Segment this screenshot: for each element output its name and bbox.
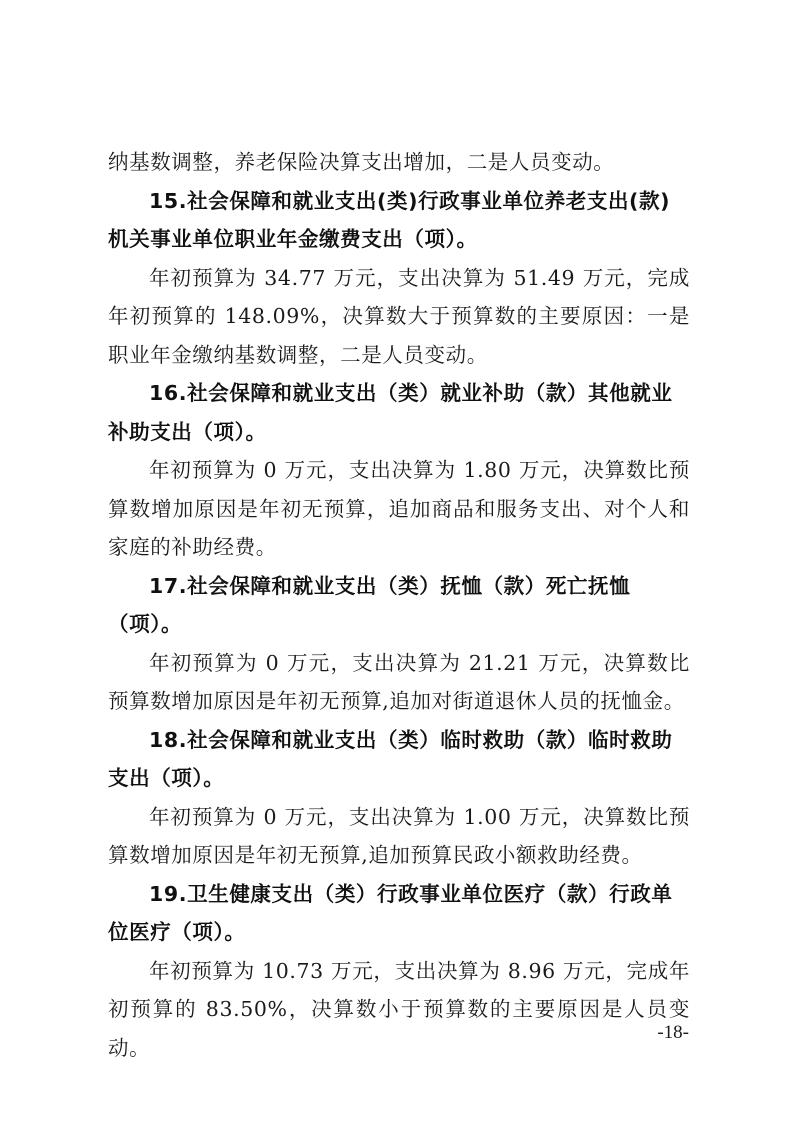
section-heading: 16.社会保障和就业支出（类）就业补助（款）其他就业补助支出（项）。 xyxy=(108,374,690,451)
section-body: 年初预算为 0 万元，支出决算为 1.00 万元，决算数比预算数增加原因是年初无… xyxy=(108,798,690,875)
section-title: 卫生健康支出（类）行政事业单位医疗（款）行政单位医疗（项）。 xyxy=(108,882,672,945)
section-heading: 15.社会保障和就业支出(类)行政事业单位养老支出(款)机关事业单位职业年金缴费… xyxy=(108,182,690,259)
section-heading: 17.社会保障和就业支出（类）抚恤（款）死亡抚恤（项）。 xyxy=(108,567,690,644)
section-number: 16. xyxy=(149,381,187,405)
section-19: 19.卫生健康支出（类）行政事业单位医疗（款）行政单位医疗（项）。 年初预算为 … xyxy=(108,875,690,1068)
section-body: 年初预算为 0 万元，支出决算为 21.21 万元，决算数比预算数增加原因是年初… xyxy=(108,644,690,721)
section-body: 年初预算为 34.77 万元，支出决算为 51.49 万元，完成年初预算的 14… xyxy=(108,259,690,375)
section-heading: 18.社会保障和就业支出（类）临时救助（款）临时救助支出（项）。 xyxy=(108,721,690,798)
section-title: 社会保障和就业支出（类）就业补助（款）其他就业补助支出（项）。 xyxy=(108,381,672,444)
document-page: 纳基数调整，养老保险决算支出增加，二是人员变动。 15.社会保障和就业支出(类)… xyxy=(108,143,690,1067)
section-16: 16.社会保障和就业支出（类）就业补助（款）其他就业补助支出（项）。 年初预算为… xyxy=(108,374,690,567)
section-title: 社会保障和就业支出（类）抚恤（款）死亡抚恤（项）。 xyxy=(108,574,630,637)
section-title: 社会保障和就业支出(类)行政事业单位养老支出(款)机关事业单位职业年金缴费支出（… xyxy=(108,189,670,252)
section-17: 17.社会保障和就业支出（类）抚恤（款）死亡抚恤（项）。 年初预算为 0 万元，… xyxy=(108,567,690,721)
section-number: 15. xyxy=(149,189,187,213)
section-title: 社会保障和就业支出（类）临时救助（款）临时救助支出（项）。 xyxy=(108,728,672,791)
section-body: 年初预算为 0 万元，支出决算为 1.80 万元，决算数比预算数增加原因是年初无… xyxy=(108,451,690,567)
section-18: 18.社会保障和就业支出（类）临时救助（款）临时救助支出（项）。 年初预算为 0… xyxy=(108,721,690,875)
page-number: -18- xyxy=(657,1022,689,1044)
section-number: 19. xyxy=(149,882,187,906)
section-body: 年初预算为 10.73 万元，支出决算为 8.96 万元，完成年初预算的 83.… xyxy=(108,952,690,1068)
section-heading: 19.卫生健康支出（类）行政事业单位医疗（款）行政单位医疗（项）。 xyxy=(108,875,690,952)
section-number: 18. xyxy=(149,728,187,752)
section-15: 15.社会保障和就业支出(类)行政事业单位养老支出(款)机关事业单位职业年金缴费… xyxy=(108,182,690,375)
continuation-paragraph: 纳基数调整，养老保险决算支出增加，二是人员变动。 xyxy=(108,143,690,182)
section-number: 17. xyxy=(149,574,187,598)
